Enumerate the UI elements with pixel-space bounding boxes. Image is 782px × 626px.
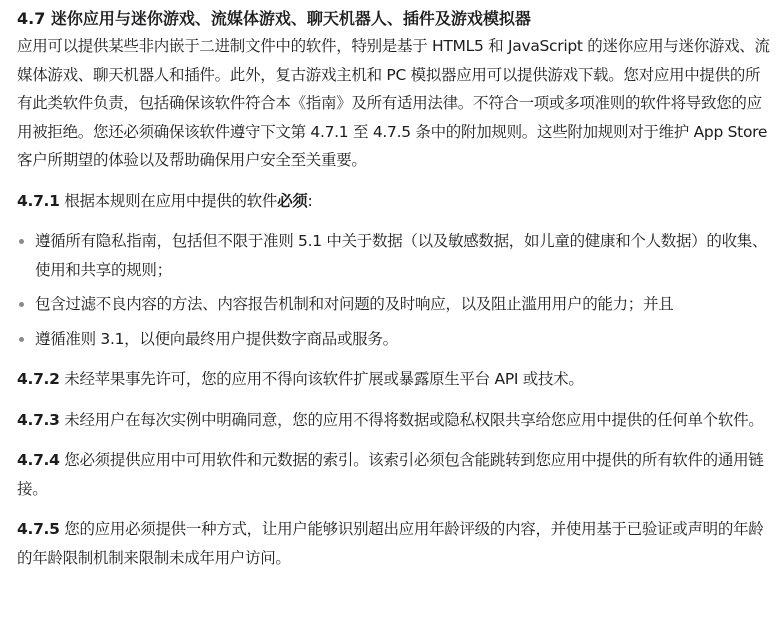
list-item: 遵循所有隐私指南，包括但不限于准则 5.1 中关于数据（以及敏感数据，如儿童的健… <box>17 227 770 284</box>
rule-number: 4.7.1 <box>17 192 60 210</box>
rule-number: 4.7.2 <box>17 370 60 388</box>
rule-colon: : <box>308 192 313 210</box>
rule-4-7-5: 4.7.5 您的应用必须提供一种方式，让用户能够识别超出应用年龄评级的内容，并使… <box>17 515 770 572</box>
rule-4-7-4: 4.7.4 您必须提供应用中可用软件和元数据的索引。该索引必须包含能跳转到您应用… <box>17 446 770 503</box>
rule-text: 未经用户在每次实例中明确同意，您的应用不得将数据或隐私权限共享给您应用中提供的任… <box>64 411 763 429</box>
rule-text: 您的应用必须提供一种方式，让用户能够识别超出应用年龄评级的内容，并使用基于已验证… <box>17 520 764 567</box>
rule-text: 您必须提供应用中可用软件和元数据的索引。该索引必须包含能跳转到您应用中提供的所有… <box>17 451 764 498</box>
rule-4-7-1: 4.7.1 根据本规则在应用中提供的软件必须: <box>17 187 770 216</box>
rule-4-7-3: 4.7.3 未经用户在每次实例中明确同意，您的应用不得将数据或隐私权限共享给您应… <box>17 406 770 435</box>
rule-4-7-1-bullets: 遵循所有隐私指南，包括但不限于准则 5.1 中关于数据（以及敏感数据，如儿童的健… <box>17 227 770 353</box>
rule-emphasis: 必须 <box>277 192 307 210</box>
list-item: 包含过滤不良内容的方法、内容报告机制和对问题的及时响应，以及阻止滥用用户的能力；… <box>17 290 770 319</box>
rule-number: 4.7.4 <box>17 451 60 469</box>
section-title: 4.7 迷你应用与迷你游戏、流媒体游戏、聊天机器人、插件及游戏模拟器 <box>17 6 770 32</box>
guideline-section: 4.7 迷你应用与迷你游戏、流媒体游戏、聊天机器人、插件及游戏模拟器 应用可以提… <box>0 0 782 572</box>
rule-text: 未经苹果事先许可，您的应用不得向该软件扩展或暴露原生平台 API 或技术。 <box>64 370 583 388</box>
rule-text: 根据本规则在应用中提供的软件 <box>64 192 277 210</box>
list-item: 遵循准则 3.1，以便向最终用户提供数字商品或服务。 <box>17 325 770 354</box>
rule-number: 4.7.5 <box>17 520 60 538</box>
rule-4-7-2: 4.7.2 未经苹果事先许可，您的应用不得向该软件扩展或暴露原生平台 API 或… <box>17 365 770 394</box>
section-intro: 应用可以提供某些非内嵌于二进制文件中的软件，特别是基于 HTML5 和 Java… <box>17 32 770 175</box>
rule-number: 4.7.3 <box>17 411 60 429</box>
